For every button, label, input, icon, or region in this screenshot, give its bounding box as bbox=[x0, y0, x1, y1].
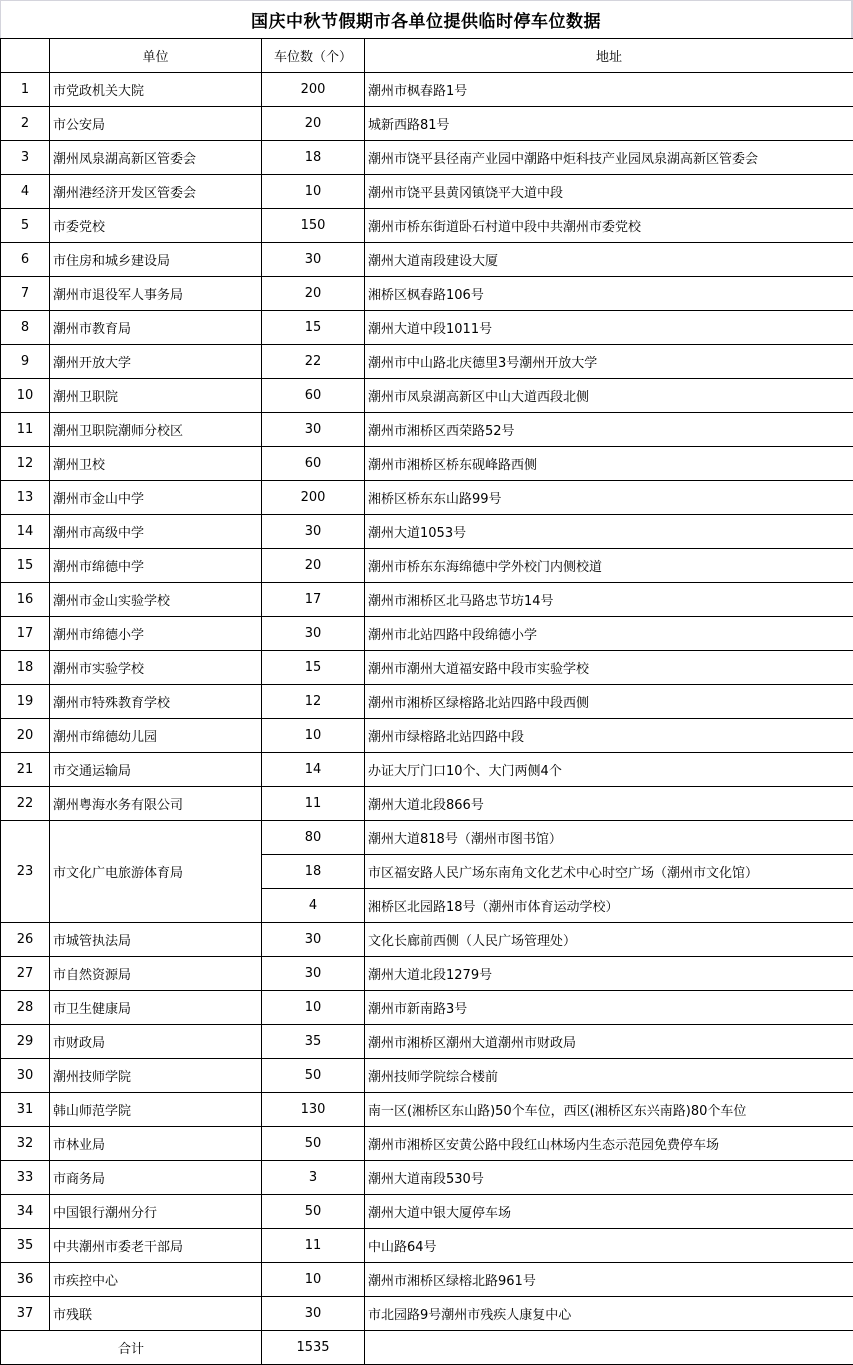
count-cell[interactable]: 4 bbox=[262, 889, 365, 923]
table-row: 18潮州市实验学校15潮州市潮州大道福安路中段市实验学校 bbox=[1, 651, 853, 685]
table-row: 7潮州市退役军人事务局20湘桥区枫春路106号 bbox=[1, 277, 853, 311]
count-cell[interactable]: 20 bbox=[262, 107, 365, 141]
unit-cell[interactable]: 潮州市教育局 bbox=[50, 311, 262, 345]
address-cell[interactable]: 潮州大道南段530号 bbox=[365, 1161, 853, 1195]
count-cell[interactable]: 12 bbox=[262, 685, 365, 719]
header-address[interactable]: 地址 bbox=[365, 39, 853, 73]
address-cell[interactable]: 潮州市潮州大道福安路中段市实验学校 bbox=[365, 651, 853, 685]
table-row: 31韩山师范学院130南一区(湘桥区东山路)50个车位，西区(湘桥区东兴南路)8… bbox=[1, 1093, 853, 1127]
table-row: 3潮州凤泉湖高新区管委会18潮州市饶平县径南产业园中潮路中炬科技产业园凤泉湖高新… bbox=[1, 141, 853, 175]
address-cell[interactable]: 潮州市北站四路中段绵德小学 bbox=[365, 617, 853, 651]
row-index-cell[interactable]: 8 bbox=[1, 311, 50, 345]
unit-cell[interactable]: 市自然资源局 bbox=[50, 957, 262, 991]
count-cell[interactable]: 200 bbox=[262, 481, 365, 515]
header-unit[interactable]: 单位 bbox=[50, 39, 262, 73]
count-cell[interactable]: 50 bbox=[262, 1059, 365, 1093]
count-cell[interactable]: 15 bbox=[262, 651, 365, 685]
count-cell[interactable]: 130 bbox=[262, 1093, 365, 1127]
table-row: 27市自然资源局30潮州大道北段1279号 bbox=[1, 957, 853, 991]
unit-cell[interactable]: 潮州市绵德中学 bbox=[50, 549, 262, 583]
count-cell[interactable]: 10 bbox=[262, 991, 365, 1025]
table-row: 34中国银行潮州分行50潮州大道中银大厦停车场 bbox=[1, 1195, 853, 1229]
count-cell[interactable]: 60 bbox=[262, 379, 365, 413]
table-row: 10潮州卫职院60潮州市凤泉湖高新区中山大道西段北侧 bbox=[1, 379, 853, 413]
address-cell[interactable]: 潮州市中山路北庆德里3号潮州开放大学 bbox=[365, 345, 853, 379]
title-row: 国庆中秋节假期市各单位提供临时停车位数据 bbox=[0, 0, 853, 38]
unit-cell[interactable]: 市疾控中心 bbox=[50, 1263, 262, 1297]
count-cell[interactable]: 20 bbox=[262, 549, 365, 583]
address-cell[interactable]: 潮州市桥东东海绵德中学外校门内侧校道 bbox=[365, 549, 853, 583]
count-cell[interactable]: 10 bbox=[262, 175, 365, 209]
row-index-cell[interactable]: 3 bbox=[1, 141, 50, 175]
unit-cell[interactable]: 市残联 bbox=[50, 1297, 262, 1331]
address-cell[interactable]: 潮州市湘桥区安黄公路中段红山林场内生态示范园免费停车场 bbox=[365, 1127, 853, 1161]
count-cell[interactable]: 50 bbox=[262, 1195, 365, 1229]
row-index-cell[interactable]: 9 bbox=[1, 345, 50, 379]
table-row: 9潮州开放大学22潮州市中山路北庆德里3号潮州开放大学 bbox=[1, 345, 853, 379]
count-cell[interactable]: 60 bbox=[262, 447, 365, 481]
row-index-cell[interactable]: 18 bbox=[1, 651, 50, 685]
address-cell[interactable]: 潮州大道818号（潮州市图书馆） bbox=[365, 821, 853, 855]
row-index-cell[interactable]: 16 bbox=[1, 583, 50, 617]
table-row: 37市残联30市北园路9号潮州市残疾人康复中心 bbox=[1, 1297, 853, 1331]
address-cell[interactable]: 城新西路81号 bbox=[365, 107, 853, 141]
unit-cell[interactable]: 市委党校 bbox=[50, 209, 262, 243]
address-cell[interactable]: 办证大厅门口10个、大门两侧4个 bbox=[365, 753, 853, 787]
unit-cell[interactable]: 中共潮州市委老干部局 bbox=[50, 1229, 262, 1263]
address-cell[interactable]: 潮州市枫春路1号 bbox=[365, 73, 853, 107]
count-cell[interactable]: 35 bbox=[262, 1025, 365, 1059]
address-cell[interactable]: 潮州市湘桥区绿榕路北站四路中段西侧 bbox=[365, 685, 853, 719]
row-index-cell[interactable]: 17 bbox=[1, 617, 50, 651]
address-cell[interactable]: 文化长廊前西侧（人民广场管理处） bbox=[365, 923, 853, 957]
row-index-cell[interactable]: 10 bbox=[1, 379, 50, 413]
count-cell[interactable]: 18 bbox=[262, 855, 365, 889]
table-row: 30潮州技师学院50潮州技师学院综合楼前 bbox=[1, 1059, 853, 1093]
address-cell[interactable]: 潮州市饶平县径南产业园中潮路中炬科技产业园凤泉湖高新区管委会 bbox=[365, 141, 853, 175]
table-row: 6市住房和城乡建设局30潮州大道南段建设大厦 bbox=[1, 243, 853, 277]
count-cell[interactable]: 30 bbox=[262, 515, 365, 549]
table-row: 11潮州卫职院潮师分校区30潮州市湘桥区西荣路52号 bbox=[1, 413, 853, 447]
unit-cell[interactable]: 市财政局 bbox=[50, 1025, 262, 1059]
table-row: 8潮州市教育局15潮州大道中段1011号 bbox=[1, 311, 853, 345]
address-cell[interactable]: 中山路64号 bbox=[365, 1229, 853, 1263]
header-index[interactable] bbox=[1, 39, 50, 73]
unit-cell[interactable]: 潮州市金山实验学校 bbox=[50, 583, 262, 617]
address-cell[interactable]: 潮州市饶平县黄冈镇饶平大道中段 bbox=[365, 175, 853, 209]
total-row: 合计1535 bbox=[1, 1331, 853, 1365]
address-cell[interactable]: 潮州市新南路3号 bbox=[365, 991, 853, 1025]
address-cell[interactable]: 湘桥区北园路18号（潮州市体育运动学校） bbox=[365, 889, 853, 923]
unit-cell[interactable]: 潮州市特殊教育学校 bbox=[50, 685, 262, 719]
count-cell[interactable]: 150 bbox=[262, 209, 365, 243]
count-cell[interactable]: 30 bbox=[262, 243, 365, 277]
row-index-cell[interactable]: 12 bbox=[1, 447, 50, 481]
unit-cell[interactable]: 市卫生健康局 bbox=[50, 991, 262, 1025]
address-cell[interactable]: 潮州市绿榕路北站四路中段 bbox=[365, 719, 853, 753]
count-cell[interactable]: 30 bbox=[262, 1297, 365, 1331]
unit-cell[interactable]: 潮州港经济开发区管委会 bbox=[50, 175, 262, 209]
table-row: 17潮州市绵德小学30潮州市北站四路中段绵德小学 bbox=[1, 617, 853, 651]
count-cell[interactable]: 80 bbox=[262, 821, 365, 855]
row-index-cell[interactable]: 36 bbox=[1, 1263, 50, 1297]
address-cell[interactable]: 潮州市湘桥区绿榕北路961号 bbox=[365, 1263, 853, 1297]
count-cell[interactable]: 15 bbox=[262, 311, 365, 345]
table-row: 33市商务局3潮州大道南段530号 bbox=[1, 1161, 853, 1195]
count-cell[interactable]: 3 bbox=[262, 1161, 365, 1195]
unit-cell[interactable]: 中国银行潮州分行 bbox=[50, 1195, 262, 1229]
table-row: 15潮州市绵德中学20潮州市桥东东海绵德中学外校门内侧校道 bbox=[1, 549, 853, 583]
table-row: 16潮州市金山实验学校17潮州市湘桥区北马路忠节坊14号 bbox=[1, 583, 853, 617]
row-index-cell[interactable]: 34 bbox=[1, 1195, 50, 1229]
unit-cell[interactable]: 潮州技师学院 bbox=[50, 1059, 262, 1093]
row-index-cell[interactable]: 31 bbox=[1, 1093, 50, 1127]
address-cell[interactable]: 潮州大道1053号 bbox=[365, 515, 853, 549]
address-cell[interactable]: 潮州大道南段建设大厦 bbox=[365, 243, 853, 277]
row-index-cell[interactable]: 19 bbox=[1, 685, 50, 719]
unit-cell[interactable]: 市交通运输局 bbox=[50, 753, 262, 787]
count-cell[interactable]: 18 bbox=[262, 141, 365, 175]
count-cell[interactable]: 17 bbox=[262, 583, 365, 617]
address-cell[interactable]: 潮州市湘桥区西荣路52号 bbox=[365, 413, 853, 447]
unit-cell[interactable]: 潮州市绵德小学 bbox=[50, 617, 262, 651]
header-row: 单位 车位数（个） 地址 bbox=[1, 39, 853, 73]
table-row: 5市委党校150潮州市桥东街道卧石村道中段中共潮州市委党校 bbox=[1, 209, 853, 243]
address-cell[interactable]: 南一区(湘桥区东山路)50个车位，西区(湘桥区东兴南路)80个车位 bbox=[365, 1093, 853, 1127]
header-count[interactable]: 车位数（个） bbox=[262, 39, 365, 73]
address-cell[interactable]: 市区福安路人民广场东南角文化艺术中心时空广场（潮州市文化馆） bbox=[365, 855, 853, 889]
count-cell[interactable]: 30 bbox=[262, 413, 365, 447]
total-address-cell[interactable] bbox=[365, 1331, 853, 1365]
row-index-cell[interactable]: 28 bbox=[1, 991, 50, 1025]
address-cell[interactable]: 潮州大道北段866号 bbox=[365, 787, 853, 821]
count-cell[interactable]: 11 bbox=[262, 787, 365, 821]
table-row: 36市疾控中心10潮州市湘桥区绿榕北路961号 bbox=[1, 1263, 853, 1297]
row-index-cell[interactable]: 11 bbox=[1, 413, 50, 447]
unit-cell[interactable]: 潮州市高级中学 bbox=[50, 515, 262, 549]
row-index-cell[interactable]: 13 bbox=[1, 481, 50, 515]
address-cell[interactable]: 潮州技师学院综合楼前 bbox=[365, 1059, 853, 1093]
unit-cell[interactable]: 潮州凤泉湖高新区管委会 bbox=[50, 141, 262, 175]
table-row: 13潮州市金山中学200湘桥区桥东东山路99号 bbox=[1, 481, 853, 515]
address-cell[interactable]: 市北园路9号潮州市残疾人康复中心 bbox=[365, 1297, 853, 1331]
table-row: 22潮州粤海水务有限公司11潮州大道北段866号 bbox=[1, 787, 853, 821]
address-cell[interactable]: 潮州市桥东街道卧石村道中段中共潮州市委党校 bbox=[365, 209, 853, 243]
row-index-cell[interactable]: 21 bbox=[1, 753, 50, 787]
row-index-cell[interactable]: 30 bbox=[1, 1059, 50, 1093]
row-index-cell[interactable]: 32 bbox=[1, 1127, 50, 1161]
unit-cell[interactable]: 潮州卫职院 bbox=[50, 379, 262, 413]
row-index-cell[interactable]: 26 bbox=[1, 923, 50, 957]
table-row-merged: 23市文化广电旅游体育局80潮州大道818号（潮州市图书馆） bbox=[1, 821, 853, 855]
count-cell[interactable]: 50 bbox=[262, 1127, 365, 1161]
unit-cell[interactable]: 市党政机关大院 bbox=[50, 73, 262, 107]
count-cell[interactable]: 200 bbox=[262, 73, 365, 107]
parking-table: 单位 车位数（个） 地址 1市党政机关大院200潮州市枫春路1号2市公安局20城… bbox=[0, 38, 853, 1365]
row-index-cell[interactable]: 29 bbox=[1, 1025, 50, 1059]
table-row: 2市公安局20城新西路81号 bbox=[1, 107, 853, 141]
row-index-cell[interactable]: 35 bbox=[1, 1229, 50, 1263]
row-index-cell[interactable]: 15 bbox=[1, 549, 50, 583]
row-index-cell[interactable]: 2 bbox=[1, 107, 50, 141]
row-index-cell[interactable]: 20 bbox=[1, 719, 50, 753]
total-label-cell[interactable]: 合计 bbox=[1, 1331, 262, 1365]
table-row: 26市城管执法局30文化长廊前西侧（人民广场管理处） bbox=[1, 923, 853, 957]
table-row: 35中共潮州市委老干部局11中山路64号 bbox=[1, 1229, 853, 1263]
table-row: 4潮州港经济开发区管委会10潮州市饶平县黄冈镇饶平大道中段 bbox=[1, 175, 853, 209]
table-row: 29市财政局35潮州市湘桥区潮州大道潮州市财政局 bbox=[1, 1025, 853, 1059]
unit-cell[interactable]: 潮州开放大学 bbox=[50, 345, 262, 379]
unit-cell[interactable]: 潮州市退役军人事务局 bbox=[50, 277, 262, 311]
address-cell[interactable]: 潮州市湘桥区潮州大道潮州市财政局 bbox=[365, 1025, 853, 1059]
count-cell[interactable]: 10 bbox=[262, 719, 365, 753]
unit-cell[interactable]: 潮州粤海水务有限公司 bbox=[50, 787, 262, 821]
row-index-cell[interactable]: 5 bbox=[1, 209, 50, 243]
unit-cell[interactable]: 潮州卫校 bbox=[50, 447, 262, 481]
row-index-cell[interactable]: 14 bbox=[1, 515, 50, 549]
address-cell[interactable]: 潮州市凤泉湖高新区中山大道西段北侧 bbox=[365, 379, 853, 413]
row-index-cell[interactable]: 7 bbox=[1, 277, 50, 311]
table-row: 20潮州市绵德幼儿园10潮州市绿榕路北站四路中段 bbox=[1, 719, 853, 753]
table-row: 19潮州市特殊教育学校12潮州市湘桥区绿榕路北站四路中段西侧 bbox=[1, 685, 853, 719]
row-index-cell[interactable]: 1 bbox=[1, 73, 50, 107]
count-cell[interactable]: 30 bbox=[262, 617, 365, 651]
unit-cell[interactable]: 市文化广电旅游体育局 bbox=[50, 821, 262, 923]
row-index-cell[interactable]: 33 bbox=[1, 1161, 50, 1195]
sheet-title: 国庆中秋节假期市各单位提供临时停车位数据 bbox=[251, 7, 601, 32]
address-cell[interactable]: 潮州大道中银大厦停车场 bbox=[365, 1195, 853, 1229]
row-index-cell[interactable]: 4 bbox=[1, 175, 50, 209]
address-cell[interactable]: 潮州市湘桥区桥东砚峰路西侧 bbox=[365, 447, 853, 481]
count-cell[interactable]: 10 bbox=[262, 1263, 365, 1297]
unit-cell[interactable]: 市商务局 bbox=[50, 1161, 262, 1195]
table-row: 28市卫生健康局10潮州市新南路3号 bbox=[1, 991, 853, 1025]
unit-cell[interactable]: 市林业局 bbox=[50, 1127, 262, 1161]
unit-cell[interactable]: 潮州卫职院潮师分校区 bbox=[50, 413, 262, 447]
row-index-cell[interactable]: 6 bbox=[1, 243, 50, 277]
address-cell[interactable]: 潮州市湘桥区北马路忠节坊14号 bbox=[365, 583, 853, 617]
count-cell[interactable]: 14 bbox=[262, 753, 365, 787]
row-index-cell[interactable]: 22 bbox=[1, 787, 50, 821]
count-cell[interactable]: 22 bbox=[262, 345, 365, 379]
total-value-cell[interactable]: 1535 bbox=[262, 1331, 365, 1365]
table-row: 21市交通运输局14办证大厅门口10个、大门两侧4个 bbox=[1, 753, 853, 787]
unit-cell[interactable]: 市公安局 bbox=[50, 107, 262, 141]
table-row: 12潮州卫校60潮州市湘桥区桥东砚峰路西侧 bbox=[1, 447, 853, 481]
table-row: 32市林业局50潮州市湘桥区安黄公路中段红山林场内生态示范园免费停车场 bbox=[1, 1127, 853, 1161]
row-index-cell[interactable]: 27 bbox=[1, 957, 50, 991]
address-cell[interactable]: 潮州大道中段1011号 bbox=[365, 311, 853, 345]
unit-cell[interactable]: 市住房和城乡建设局 bbox=[50, 243, 262, 277]
row-index-cell[interactable]: 37 bbox=[1, 1297, 50, 1331]
row-index-cell[interactable]: 23 bbox=[1, 821, 50, 923]
count-cell[interactable]: 30 bbox=[262, 923, 365, 957]
table-row: 14潮州市高级中学30潮州大道1053号 bbox=[1, 515, 853, 549]
unit-cell[interactable]: 潮州市金山中学 bbox=[50, 481, 262, 515]
address-cell[interactable]: 潮州大道北段1279号 bbox=[365, 957, 853, 991]
unit-cell[interactable]: 韩山师范学院 bbox=[50, 1093, 262, 1127]
unit-cell[interactable]: 潮州市实验学校 bbox=[50, 651, 262, 685]
count-cell[interactable]: 30 bbox=[262, 957, 365, 991]
unit-cell[interactable]: 市城管执法局 bbox=[50, 923, 262, 957]
unit-cell[interactable]: 潮州市绵德幼儿园 bbox=[50, 719, 262, 753]
address-cell[interactable]: 湘桥区枫春路106号 bbox=[365, 277, 853, 311]
count-cell[interactable]: 20 bbox=[262, 277, 365, 311]
address-cell[interactable]: 湘桥区桥东东山路99号 bbox=[365, 481, 853, 515]
count-cell[interactable]: 11 bbox=[262, 1229, 365, 1263]
table-row: 1市党政机关大院200潮州市枫春路1号 bbox=[1, 73, 853, 107]
